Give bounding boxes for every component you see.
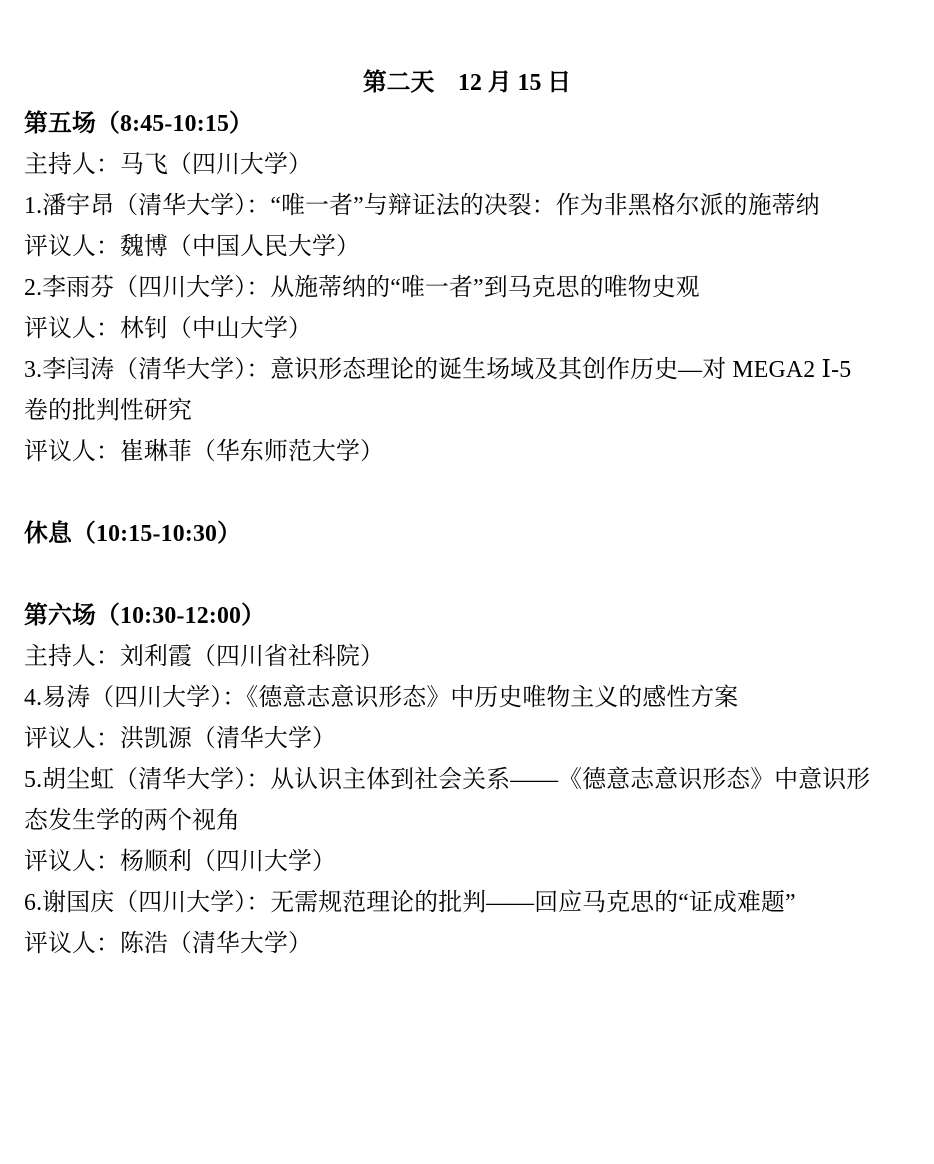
talk-1-title: 1.潘宇昂（清华大学）：“唯一者”与辩证法的决裂：作为非黑格尔派的施蒂纳 — [24, 186, 910, 227]
talk-3-discussant: 评议人：崔琳菲（华东师范大学） — [24, 432, 910, 473]
talk-5-discussant: 评议人：杨顺利（四川大学） — [24, 842, 910, 883]
page-title: 第二天 12 月 15 日 — [24, 63, 910, 104]
talk-6-title: 6.谢国庆（四川大学）：无需规范理论的批判——回应马克思的“证成难题” — [24, 883, 910, 924]
break-header: 休息（10:15-10:30） — [24, 514, 910, 555]
talk-4-title: 4.易涛（四川大学）：《德意志意识形态》中历史唯物主义的感性方案 — [24, 678, 910, 719]
talk-3-title-line-2: 卷的批判性研究 — [24, 391, 910, 432]
talk-2-title: 2.李雨芬（四川大学）：从施蒂纳的“唯一者”到马克思的唯物史观 — [24, 268, 910, 309]
talk-5-title-line-2: 态发生学的两个视角 — [24, 801, 910, 842]
session-6-chair: 主持人：刘利霞（四川省社科院） — [24, 637, 910, 678]
talk-4-discussant: 评议人：洪凯源（清华大学） — [24, 719, 910, 760]
session-5-header: 第五场（8:45-10:15） — [24, 104, 910, 145]
document-page: 第二天 12 月 15 日 第五场（8:45-10:15） 主持人：马飞（四川大… — [0, 0, 934, 1164]
session-6-header: 第六场（10:30-12:00） — [24, 596, 910, 637]
talk-2-discussant: 评议人：林钊（中山大学） — [24, 309, 910, 350]
talk-3-title-line-1: 3.李闫涛（清华大学）：意识形态理论的诞生场域及其创作历史—对 MEGA2 Ⅰ-… — [24, 350, 910, 391]
session-5: 第五场（8:45-10:15） 主持人：马飞（四川大学） 1.潘宇昂（清华大学）… — [24, 104, 910, 473]
talk-6-discussant: 评议人：陈浩（清华大学） — [24, 924, 910, 965]
session-6: 第六场（10:30-12:00） 主持人：刘利霞（四川省社科院） 4.易涛（四川… — [24, 596, 910, 965]
talk-1-discussant: 评议人：魏博（中国人民大学） — [24, 227, 910, 268]
talk-5-title-line-1: 5.胡尘虹（清华大学）：从认识主体到社会关系——《德意志意识形态》中意识形 — [24, 760, 910, 801]
session-5-chair: 主持人：马飞（四川大学） — [24, 145, 910, 186]
